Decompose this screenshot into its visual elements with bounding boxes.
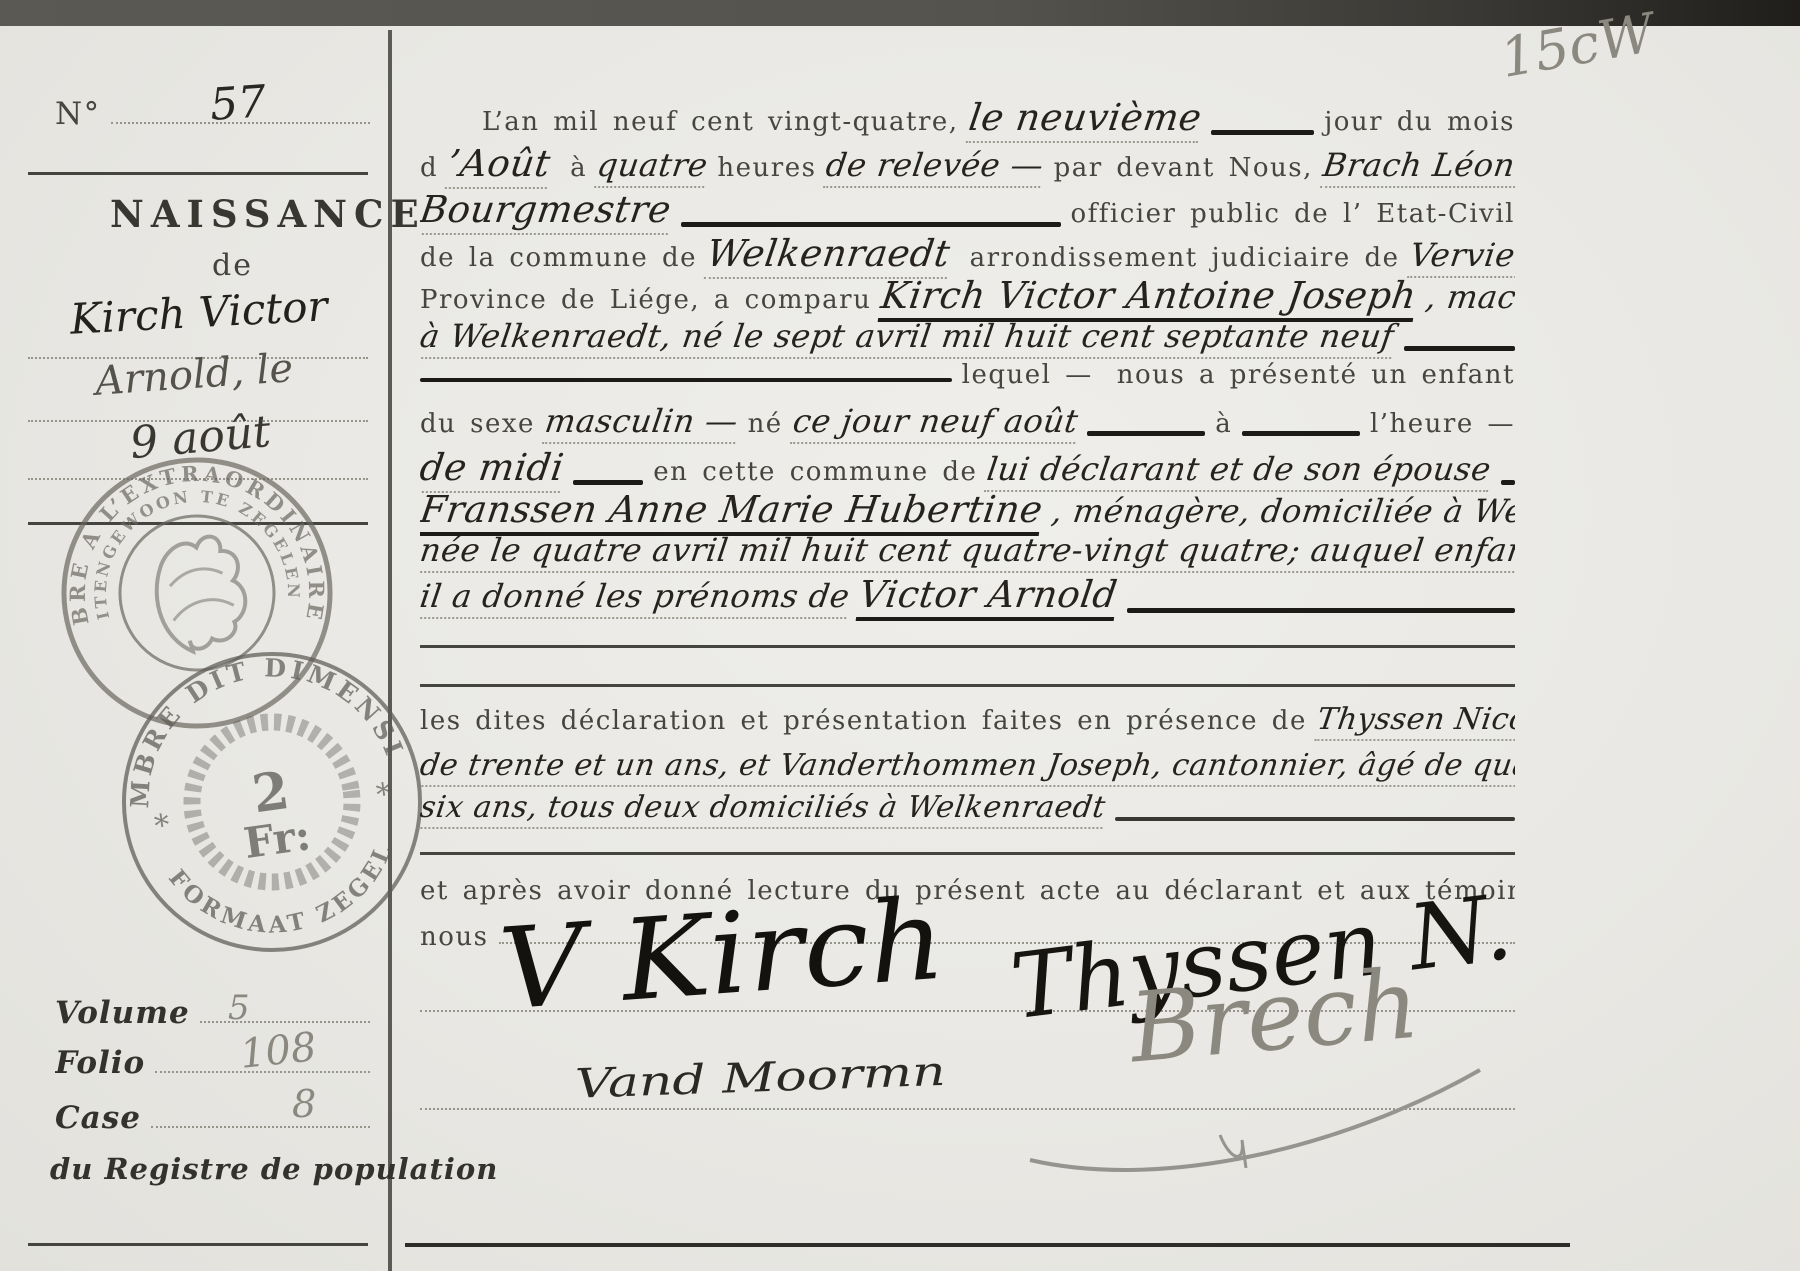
act-line-12: il a donné les prénoms de Victor Arnold: [420, 573, 1515, 621]
signature-witness2: Vand Moormn: [574, 1048, 946, 1108]
act-l8-printed1: du sexe: [420, 409, 535, 439]
volume-value: 5: [228, 988, 250, 1028]
act-l8-filled-bar2: [1242, 431, 1360, 436]
left-rule-top: [28, 172, 368, 175]
act-l4-printed1: de la commune de: [420, 243, 697, 273]
stamp2-currency: Fr:: [241, 810, 314, 868]
act-l2-printed1: d: [420, 153, 438, 183]
act-l9-filled-bar1: [573, 480, 643, 485]
scanned-birth-record: 15cW N° 57 NAISSANCE de Kirch Victor Arn…: [0, 0, 1800, 1271]
act-l4-hand-arrondissement: Verviers: [1407, 236, 1515, 278]
act-l7-printed1: lequel —: [962, 360, 1093, 390]
case-value: 8: [292, 1082, 316, 1126]
case-row: Case: [55, 1100, 370, 1136]
act-l12-hand-prefix: il a donné les prénoms de: [420, 577, 852, 619]
record-number-label: N°: [55, 96, 101, 132]
folio-row: Folio: [55, 1045, 370, 1081]
volume-dotted-line: [200, 1021, 370, 1023]
act-line-7: lequel — nous a présenté un enfant: [420, 360, 1515, 390]
witness-hand-2: de trente et un ans, et Vanderthommen Jo…: [420, 748, 1515, 787]
stamp2-star-right: *: [374, 776, 394, 813]
bottom-rule: [405, 1243, 1570, 1247]
witness-line-3: six ans, tous deux domiciliés à Welkenra…: [420, 790, 1515, 829]
case-dotted-line: [151, 1126, 370, 1128]
witness-line-2: de trente et un ans, et Vanderthommen Jo…: [420, 748, 1515, 787]
folio-value: 108: [238, 1024, 319, 1078]
act-line-11: née le quatre avril mil huit cent quatre…: [420, 531, 1515, 573]
volume-label: Volume: [55, 995, 190, 1031]
act-l8-printed2: né: [748, 409, 783, 439]
child-name-line1: Kirch Victor: [69, 281, 329, 343]
act-l1-printed2: jour du mois: [1324, 107, 1515, 137]
act-l3-hand-title: Bourgmestre: [420, 188, 674, 235]
act-line-9: de midi en cette commune de lui déclaran…: [420, 446, 1515, 493]
section-rule-3: [420, 852, 1515, 855]
act-l5-hand-father-name: Kirch Victor Antoine Joseph: [878, 274, 1419, 322]
lion-emblem-icon: [143, 531, 257, 658]
act-l4-printed2: arrondissement judiciaire de: [970, 243, 1400, 273]
witness-hand-1: Thyssen Nicolas, ajusteur, âgé: [1314, 702, 1515, 741]
act-l1-printed1: L’an mil neuf cent vingt-quatre,: [482, 107, 959, 137]
act-l2-hand-officer-name: Brach Léonard,: [1320, 146, 1515, 188]
witness-filled-bar: [1115, 817, 1515, 821]
section-rule-2: [420, 684, 1515, 687]
act-l7-filled-bar: [420, 378, 952, 382]
act-l10-hand-mother-name: Franssen Anne Marie Hubertine: [420, 488, 1046, 536]
act-l1-filled-bar: [1211, 130, 1314, 135]
child-name-line2: Arnold, le: [94, 345, 295, 405]
act-l3-filled-bar: [681, 222, 1061, 227]
act-l9-hand-declarant: lui déclarant et de son épouse: [984, 450, 1494, 492]
act-l2-printed4: par devant Nous,: [1054, 153, 1313, 183]
act-l9-printed1: en cette commune de: [653, 457, 977, 487]
registre-label: du Registre de population: [50, 1152, 498, 1186]
record-number-value: 57: [208, 76, 267, 131]
act-line-3: Bourgmestre officier public de l’ Etat-C…: [420, 188, 1515, 235]
act-line-4: de la commune de Welkenraedt arrondissem…: [420, 232, 1515, 279]
act-l7-printed2: nous a présenté un enfant: [1117, 360, 1515, 390]
act-l8-hand-birthday: ce jour neuf août: [790, 402, 1081, 444]
act-l12-filled-bar: [1127, 608, 1515, 613]
act-l9-hand-hour: de midi: [420, 446, 567, 493]
act-l4-hand-commune: Welkenraedt: [704, 232, 953, 279]
closing-printed2: nous: [420, 922, 489, 952]
act-l5-printed1: Province de Liége, a comparu: [420, 285, 871, 315]
act-l6-filled-bar: [1404, 346, 1516, 351]
record-type-title: NAISSANCE: [110, 192, 426, 236]
act-l8-printed4: l’heure —: [1370, 409, 1515, 439]
act-l2-printed2: à: [570, 153, 587, 183]
witness-hand-3: six ans, tous deux domiciliés à Welkenra…: [420, 790, 1108, 829]
left-rule-bottom: [28, 1243, 368, 1246]
act-line-6: à Welkenraedt, né le sept avril mil huit…: [420, 317, 1515, 359]
case-label: Case: [55, 1100, 141, 1136]
act-l12-hand-child-names: Victor Arnold: [856, 573, 1120, 621]
act-l2-hand-relevee: de relevée —: [824, 146, 1047, 188]
record-type-de: de: [212, 248, 253, 283]
act-l3-printed1: officier public de l’ Etat-Civil: [1071, 199, 1516, 229]
act-l9-filled-bar2: [1501, 480, 1515, 485]
volume-row: Volume: [55, 995, 370, 1031]
act-l8-printed3: à: [1215, 409, 1232, 439]
tax-stamp-dimension: TIMBRE DIT DIMENSION FORMAAT ZEGEL 2 Fr:…: [91, 621, 452, 982]
act-l11-hand-mother-birth: née le quatre avril mil huit cent quatre…: [420, 531, 1515, 573]
act-l8-hand-sex: masculin —: [542, 402, 741, 444]
act-l2-hand-month: ’Août: [445, 142, 554, 189]
act-l5-hand-profession: , machiniste, domicilié: [1423, 278, 1515, 316]
stamp2-star-left: *: [152, 808, 172, 845]
section-rule-1: [420, 645, 1515, 648]
act-l8-filled-bar1: [1087, 431, 1205, 436]
witness-printed1: les dites déclaration et présentation fa…: [420, 706, 1307, 736]
act-l2-printed3: heures: [717, 153, 816, 183]
act-l6-hand-father-birth: à Welkenraedt, né le sept avril mil huit…: [420, 317, 1396, 359]
act-l10-hand-mother-info: , ménagère, domiciliée à Welkenraedt,: [1050, 492, 1515, 530]
witness-line-1: les dites déclaration et présentation fa…: [420, 702, 1515, 741]
act-l2-hand-hour: quatre: [594, 146, 710, 188]
folio-label: Folio: [55, 1045, 145, 1081]
act-line-5: Province de Liége, a comparu Kirch Victo…: [420, 274, 1515, 322]
act-line-8: du sexe masculin — né ce jour neuf août …: [420, 402, 1515, 444]
act-l1-hand-day: le neuvième: [965, 96, 1204, 143]
act-line-1: L’an mil neuf cent vingt-quatre, le neuv…: [482, 96, 1515, 143]
pencil-flourish-icon: [1020, 1040, 1500, 1180]
act-line-10: Franssen Anne Marie Hubertine , ménagère…: [420, 488, 1515, 536]
act-line-2: d ’Août à quatre heures de relevée — par…: [420, 142, 1515, 189]
